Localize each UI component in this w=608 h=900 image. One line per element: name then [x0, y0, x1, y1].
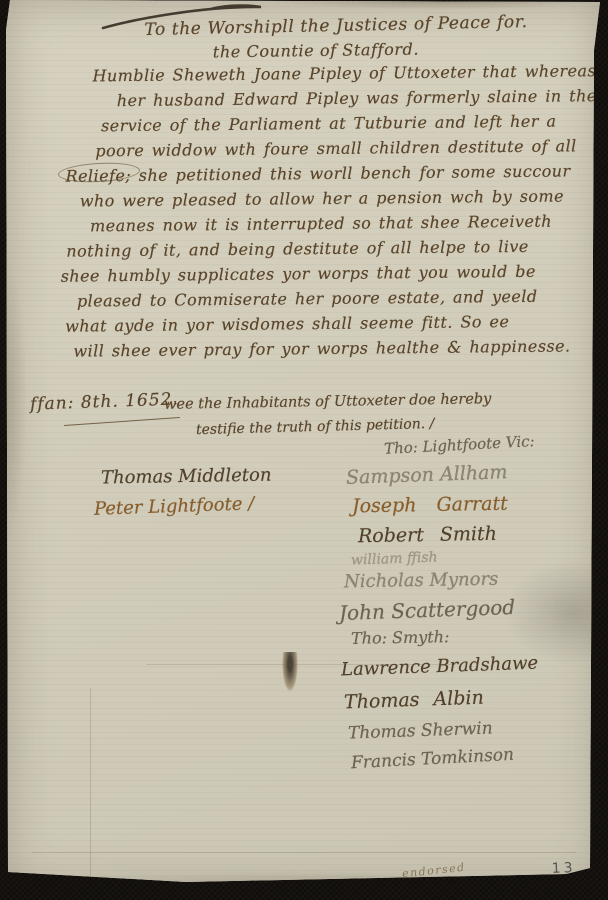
signature: william ffish: [351, 549, 438, 568]
scan-background: { "document": { "kind": "handwritten pet…: [0, 0, 608, 900]
signature: Thomas Sherwin: [348, 718, 493, 743]
signature: Robert Smith: [358, 523, 497, 547]
folio-number-pencil: 13 14: [551, 859, 602, 893]
signature: Thomas Albin: [344, 687, 484, 714]
signature: Lawrence Bradshawe: [341, 653, 539, 681]
signature: Peter Lightfoote /: [94, 493, 255, 520]
signature: Tho: Smyth:: [351, 627, 450, 648]
folio-struck-out: 14: [552, 876, 576, 893]
signature: Tho: Lightfoote Vic:: [384, 432, 535, 458]
petition-county-line: the Countie of Stafford.: [116, 38, 516, 63]
signature: Francis Tomkinson: [351, 745, 515, 774]
signature: Thomas Middleton: [101, 465, 272, 489]
signature: Joseph Garratt: [352, 493, 508, 518]
signature: Nicholas Mynors: [344, 569, 499, 593]
paper-crease: [146, 664, 456, 665]
folio-current: 13: [551, 860, 575, 877]
signature: Sampson Allham: [346, 461, 508, 489]
signature: John Scattergood: [339, 595, 516, 625]
date-underline-stroke: [64, 417, 180, 426]
petition-body: Humblie Sheweth Joane Pipley of Uttoxete…: [40, 61, 603, 367]
date-line: ffan: 8th. 1652.: [30, 389, 179, 414]
paper-crease: [32, 852, 576, 853]
petition-line: will shee ever pray for yor worps health…: [73, 336, 603, 367]
ink-stain: [282, 652, 298, 692]
attestation-line: testifie the truth of this petition. /: [196, 416, 435, 438]
attestation-line: wee the Inhabitants of Uttoxeter doe her…: [164, 391, 492, 413]
archival-ink-note: endorsed: [401, 861, 466, 881]
manuscript-page: To the Worshipll the Justices of Peace f…: [6, 0, 602, 888]
